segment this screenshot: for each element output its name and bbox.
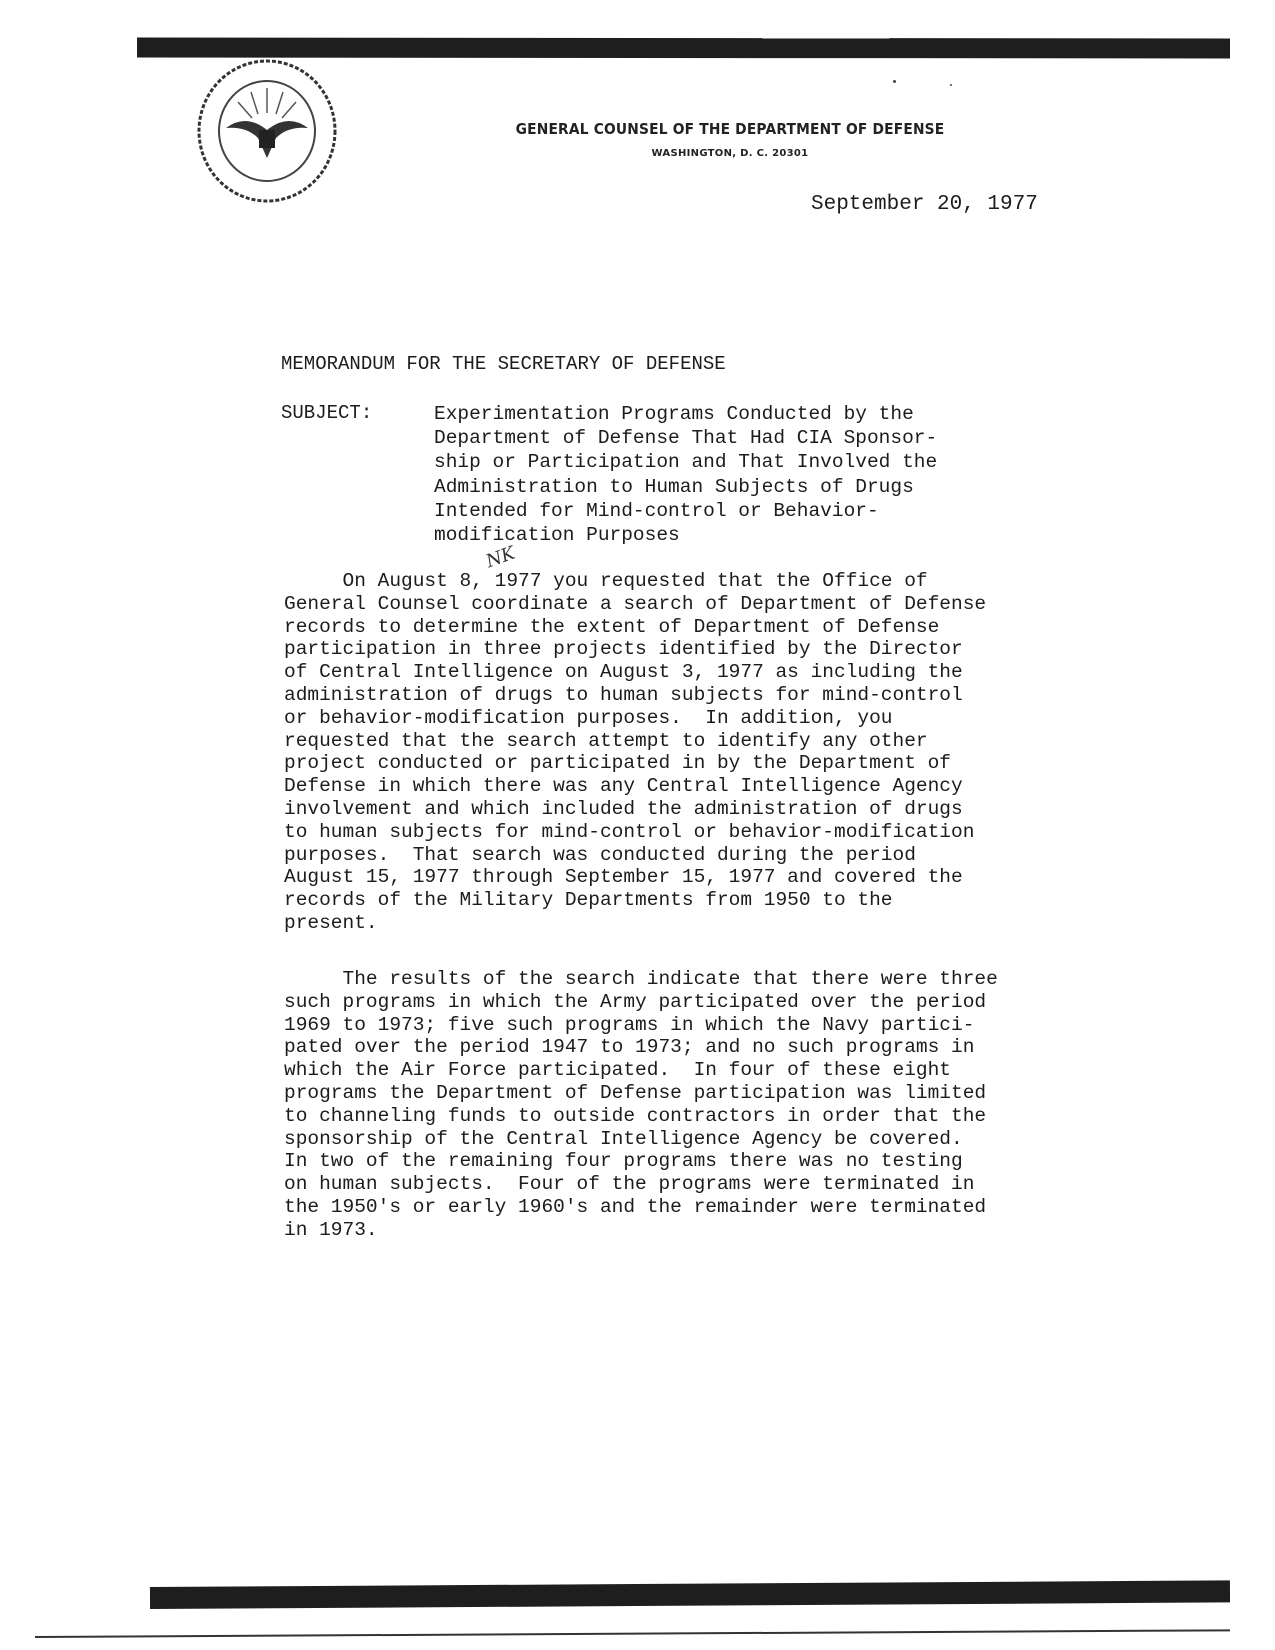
letterhead-organization: GENERAL COUNSEL OF THE DEPARTMENT OF DEF… xyxy=(491,120,969,138)
letterhead-address: WASHINGTON, D. C. 20301 xyxy=(470,148,990,159)
memo-addressee: MEMORANDUM FOR THE SECRETARY OF DEFENSE xyxy=(281,353,726,375)
scan-speck xyxy=(950,84,952,86)
scan-speck xyxy=(893,80,896,83)
paragraph-2: The results of the search indicate that … xyxy=(284,968,998,1242)
dod-seal-icon xyxy=(196,58,338,204)
footer-rule xyxy=(150,1580,1230,1609)
paragraph-1: On August 8, 1977 you requested that the… xyxy=(284,570,986,935)
footer-line xyxy=(35,1629,1230,1638)
subject-text: Experimentation Programs Conducted by th… xyxy=(434,402,937,547)
memo-date: September 20, 1977 xyxy=(811,193,1038,216)
subject-label: SUBJECT: xyxy=(281,402,372,424)
letterhead: GENERAL COUNSEL OF THE DEPARTMENT OF DEF… xyxy=(470,120,990,159)
letterhead-top-rule xyxy=(137,38,1230,59)
